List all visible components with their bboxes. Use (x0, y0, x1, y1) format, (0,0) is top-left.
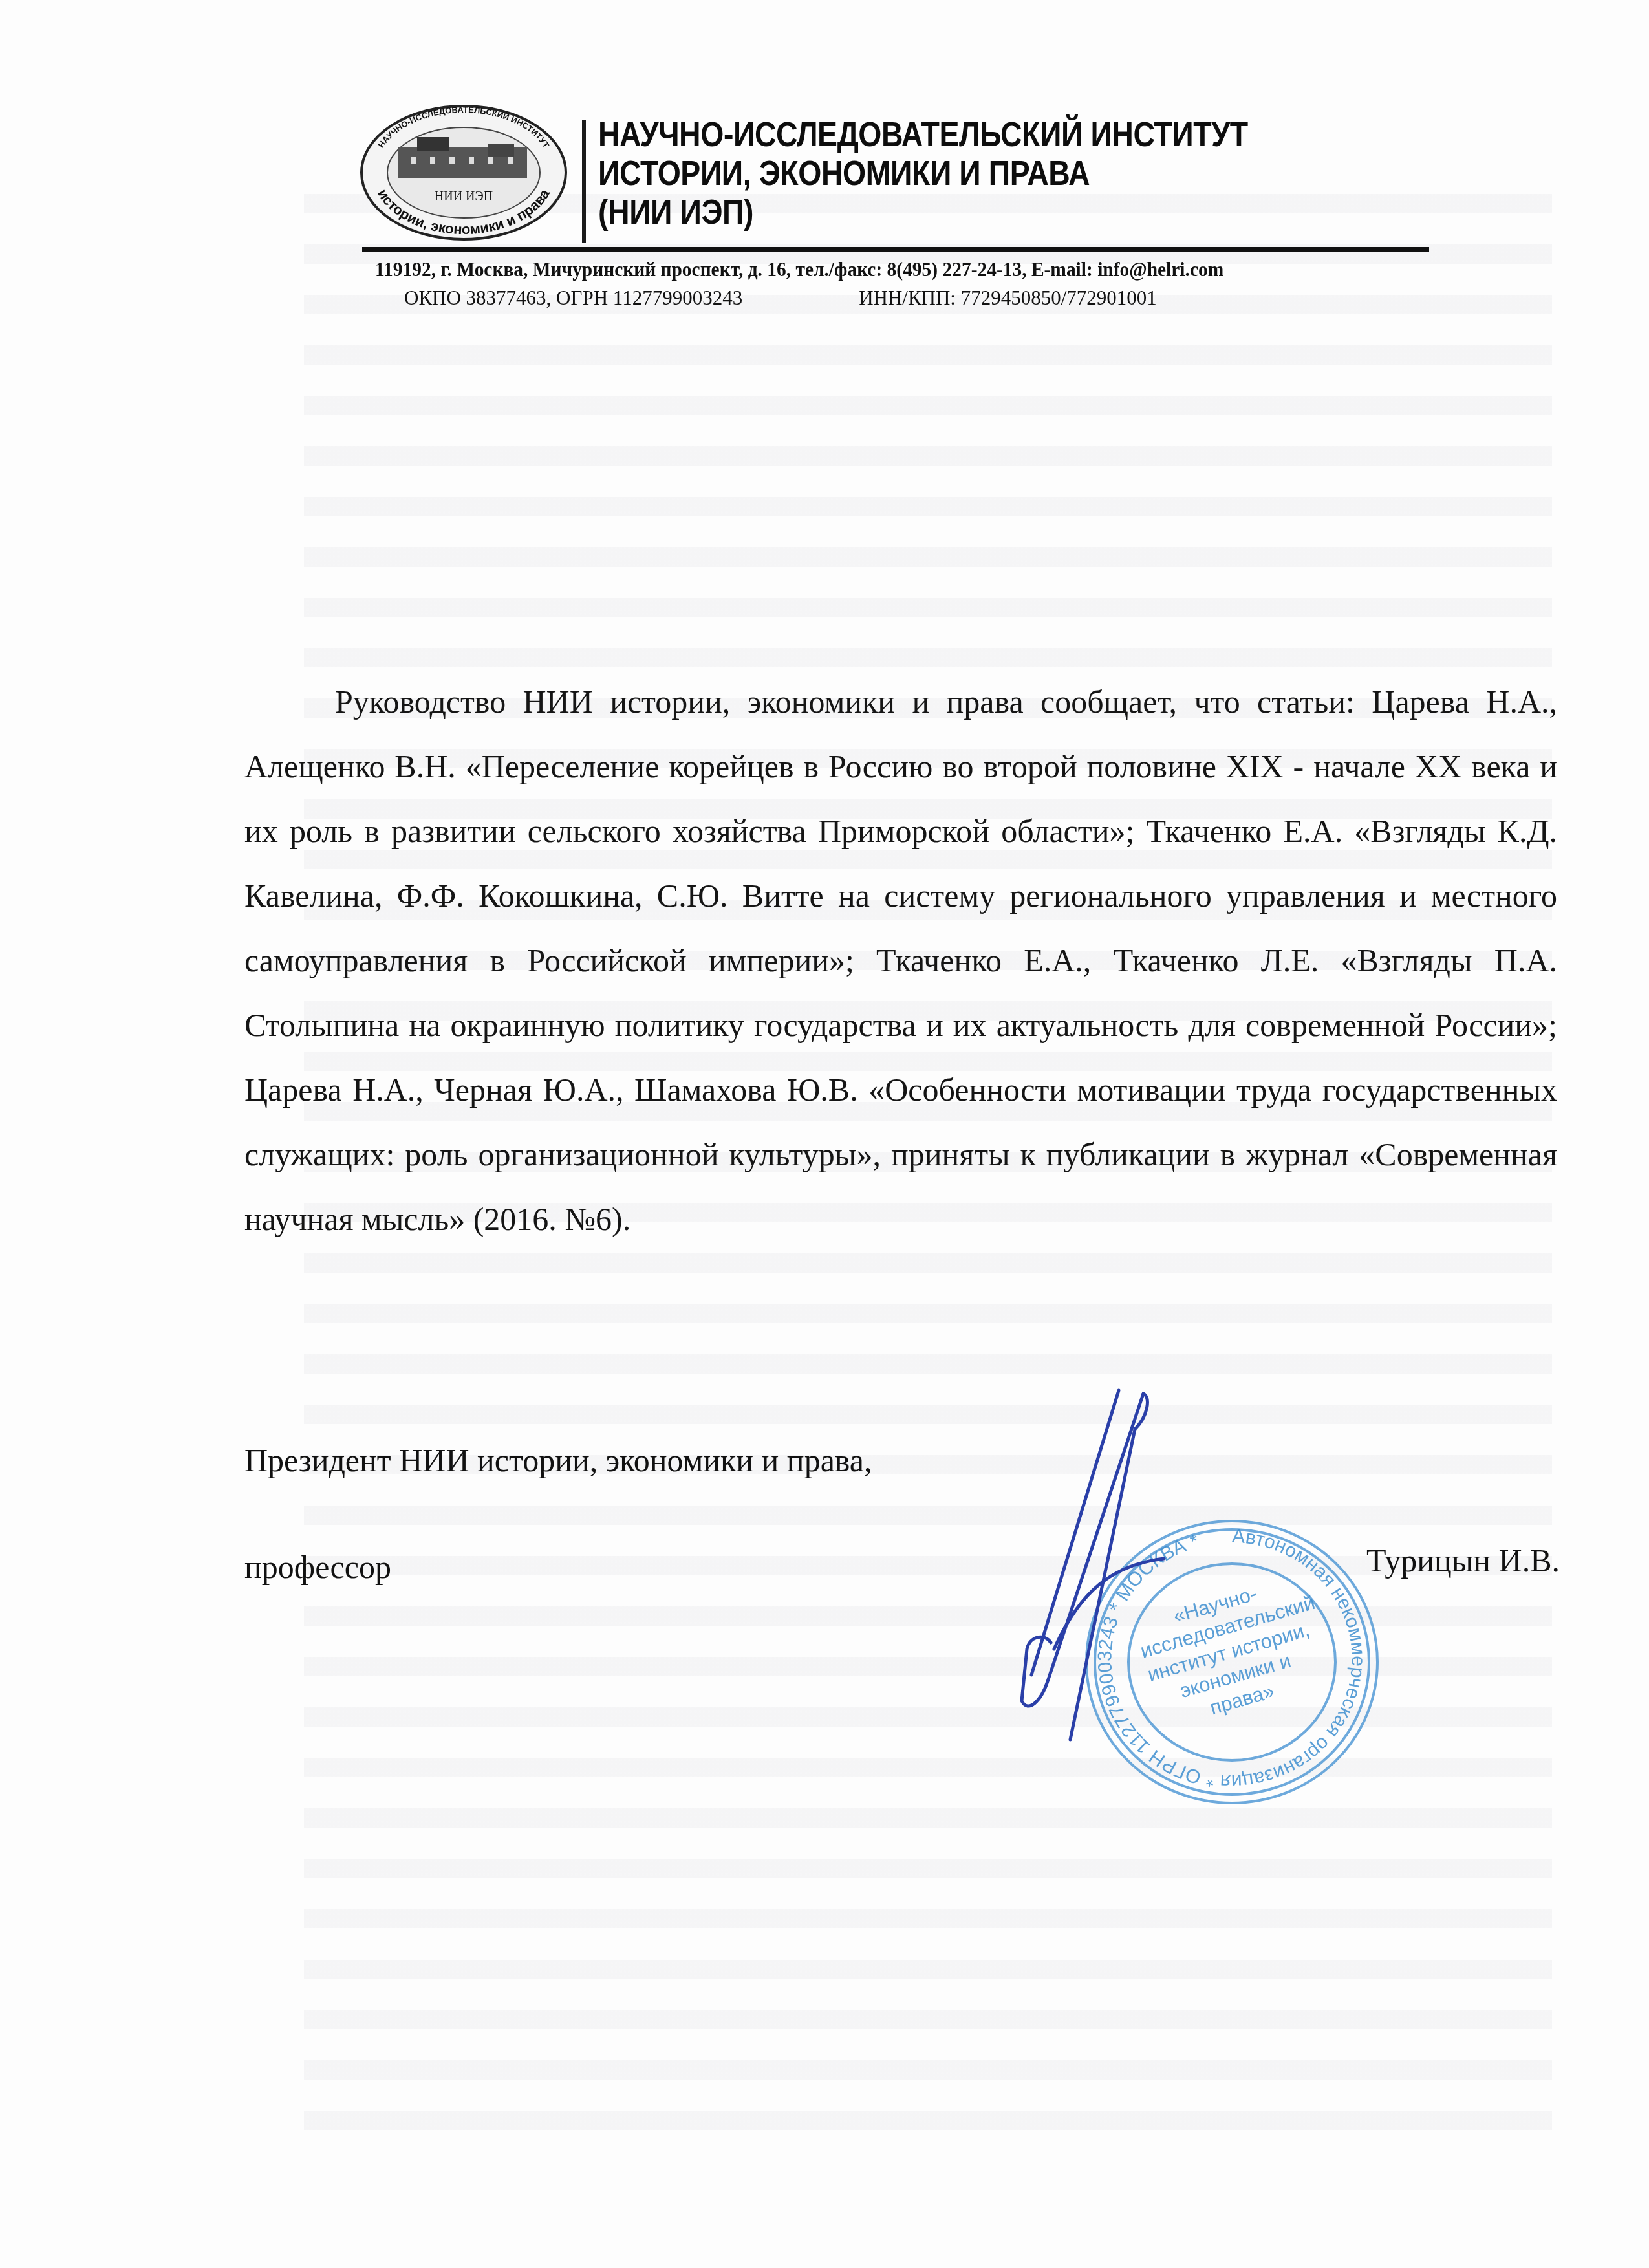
svg-text:НИИ ИЭП: НИИ ИЭП (435, 189, 493, 204)
header-divider-vertical (582, 120, 586, 243)
header-divider-horizontal (362, 247, 1429, 252)
inn-kpp: ИНН/КПП: 7729450850/772901001 (859, 286, 1157, 309)
seal-inner-text: «Научно-исследовательский институт истор… (1131, 1570, 1326, 1734)
institute-name-line-3: (НИИ ИЭП) (598, 193, 1248, 232)
registration-codes: ОКПО 38377463, ОГРН 1127799003243ИНН/КПП… (375, 284, 1436, 312)
body-paragraph: Руководство НИИ истории, экономики и пра… (244, 669, 1557, 1251)
signatory-name: Турицын И.В. (1366, 1541, 1560, 1580)
institute-logo-emblem: НИИ ИЭП НАУЧНО-ИССЛЕДОВАТЕЛЬСКИЙ ИНСТИТУ… (359, 103, 569, 243)
institute-name: НАУЧНО-ИССЛЕДОВАТЕЛЬСКИЙ ИНСТИТУТ ИСТОРИ… (598, 115, 1248, 232)
signatory-title: Президент НИИ истории, экономики и права… (244, 1441, 872, 1480)
institute-name-line-1: НАУЧНО-ИССЛЕДОВАТЕЛЬСКИЙ ИНСТИТУТ (598, 115, 1248, 154)
okpo-ogrn: ОКПО 38377463, ОГРН 1127799003243 (404, 286, 742, 309)
letter-body: Руководство НИИ истории, экономики и пра… (244, 669, 1557, 1251)
contact-details: 119192, г. Москва, Мичуринский проспект,… (375, 255, 1436, 312)
letterhead: НИИ ИЭП НАУЧНО-ИССЛЕДОВАТЕЛЬСКИЙ ИНСТИТУ… (359, 103, 1458, 259)
signatory-role: профессор (244, 1548, 391, 1586)
institute-name-line-2: ИСТОРИИ, ЭКОНОМИКИ И ПРАВА (598, 154, 1248, 193)
address-phone-email: 119192, г. Москва, Мичуринский проспект,… (375, 255, 1383, 284)
